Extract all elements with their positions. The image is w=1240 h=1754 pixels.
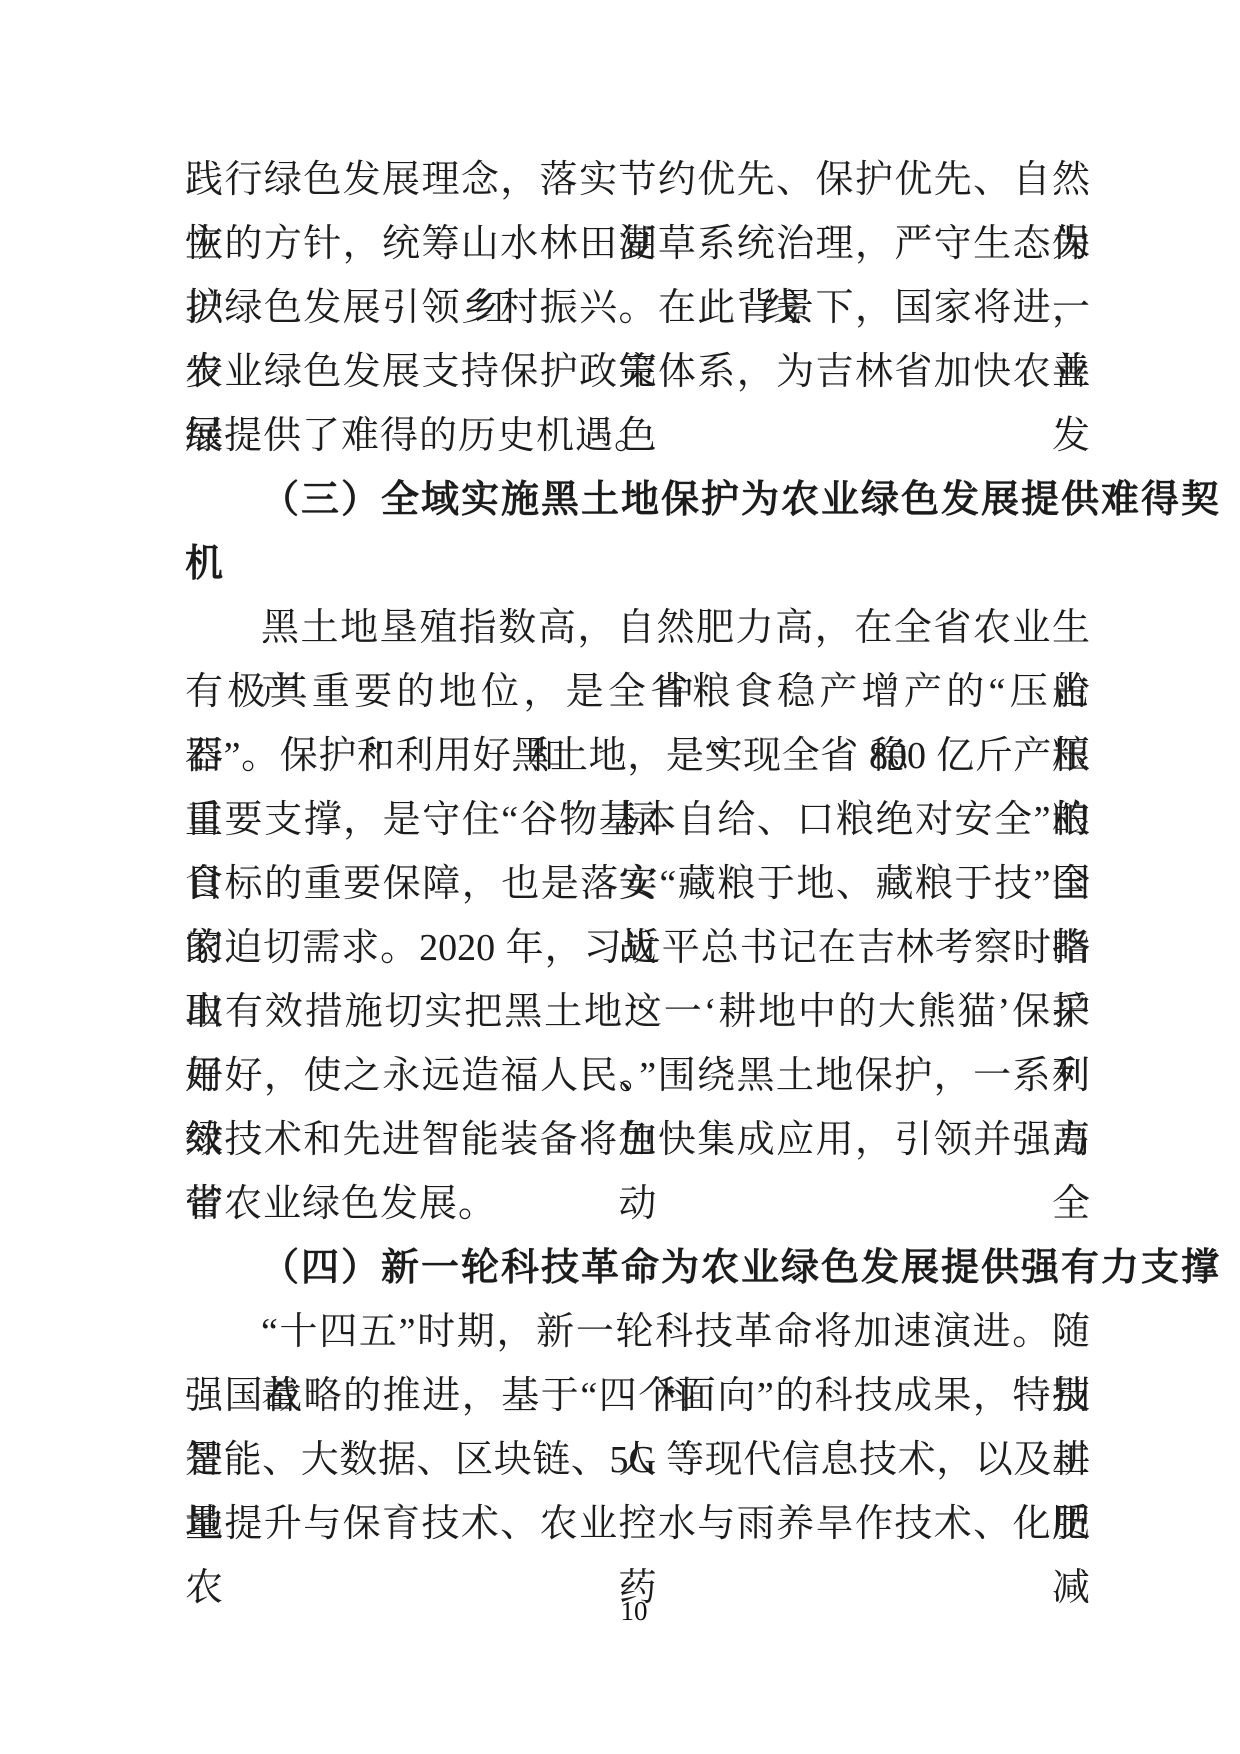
heading-line: （三）全域实施黑土地保护为农业绿色发展提供难得契 [185, 468, 1090, 532]
body-line: 有极其重要的地位，是全省粮食稳产增产的“压舱石”和“稳压 [185, 660, 1090, 724]
body-line: 的迫切需求。2020 年，习近平总书记在吉林考察时指出“采 [185, 916, 1090, 980]
body-line: 量提升与保育技术、农业控水与雨养旱作技术、化肥农药减 [185, 1492, 1090, 1556]
body-line: 重要支撑，是守住“谷物基本自给、口粮绝对安全”粮食安全 [185, 788, 1090, 852]
document-page: 践行绿色发展理念，落实节约优先、保护优先、自然恢复为主的方针，统筹山水林田湖草系… [0, 0, 1240, 1754]
page-number: 10 [621, 1596, 648, 1627]
page-footer: 10 [0, 1596, 1240, 1627]
body-line: 器”。保护和利用好黑土地，是实现全省 800 亿斤产粮目标的 [185, 724, 1090, 788]
body-line: 智能、大数据、区块链、5G 等现代信息技术，以及耕地质 [185, 1428, 1090, 1492]
body-line: 黑土地垦殖指数高，自然肥力高，在全省农业生产中占 [185, 596, 1090, 660]
body-line: “十四五”时期，新一轮科技革命将加速演进。随着科技 [185, 1300, 1090, 1364]
document-body: 践行绿色发展理念，落实节约优先、保护优先、自然恢复为主的方针，统筹山水林田湖草系… [185, 148, 1090, 1556]
body-line: 用好，使之永远造福人民。”围绕黑土地保护，一系列绿色高 [185, 1044, 1090, 1108]
body-line: 强国战略的推进，基于“四个面向”的科技成果，特别是人工 [185, 1364, 1090, 1428]
body-line: 目标的重要保障，也是落实“藏粮于地、藏粮于技”国家战略 [185, 852, 1090, 916]
body-line: 主的方针，统筹山水林田湖草系统治理，严守生态保护红线， [185, 212, 1090, 276]
body-line: 取有效措施切实把黑土地这一‘耕地中的大熊猫’保护好、利 [185, 980, 1090, 1044]
body-line: 践行绿色发展理念，落实节约优先、保护优先、自然恢复为 [185, 148, 1090, 212]
body-line: 效技术和先进智能装备将加快集成应用，引领并强力带动全 [185, 1108, 1090, 1172]
body-line: 农业绿色发展支持保护政策体系，为吉林省加快农业绿色发 [185, 340, 1090, 404]
body-line: 以绿色发展引领乡村振兴。在此背景下，国家将进一步完善 [185, 276, 1090, 340]
heading-line: （四）新一轮科技革命为农业绿色发展提供强有力支撑 [185, 1236, 1090, 1300]
heading-line: 机 [185, 532, 1090, 596]
